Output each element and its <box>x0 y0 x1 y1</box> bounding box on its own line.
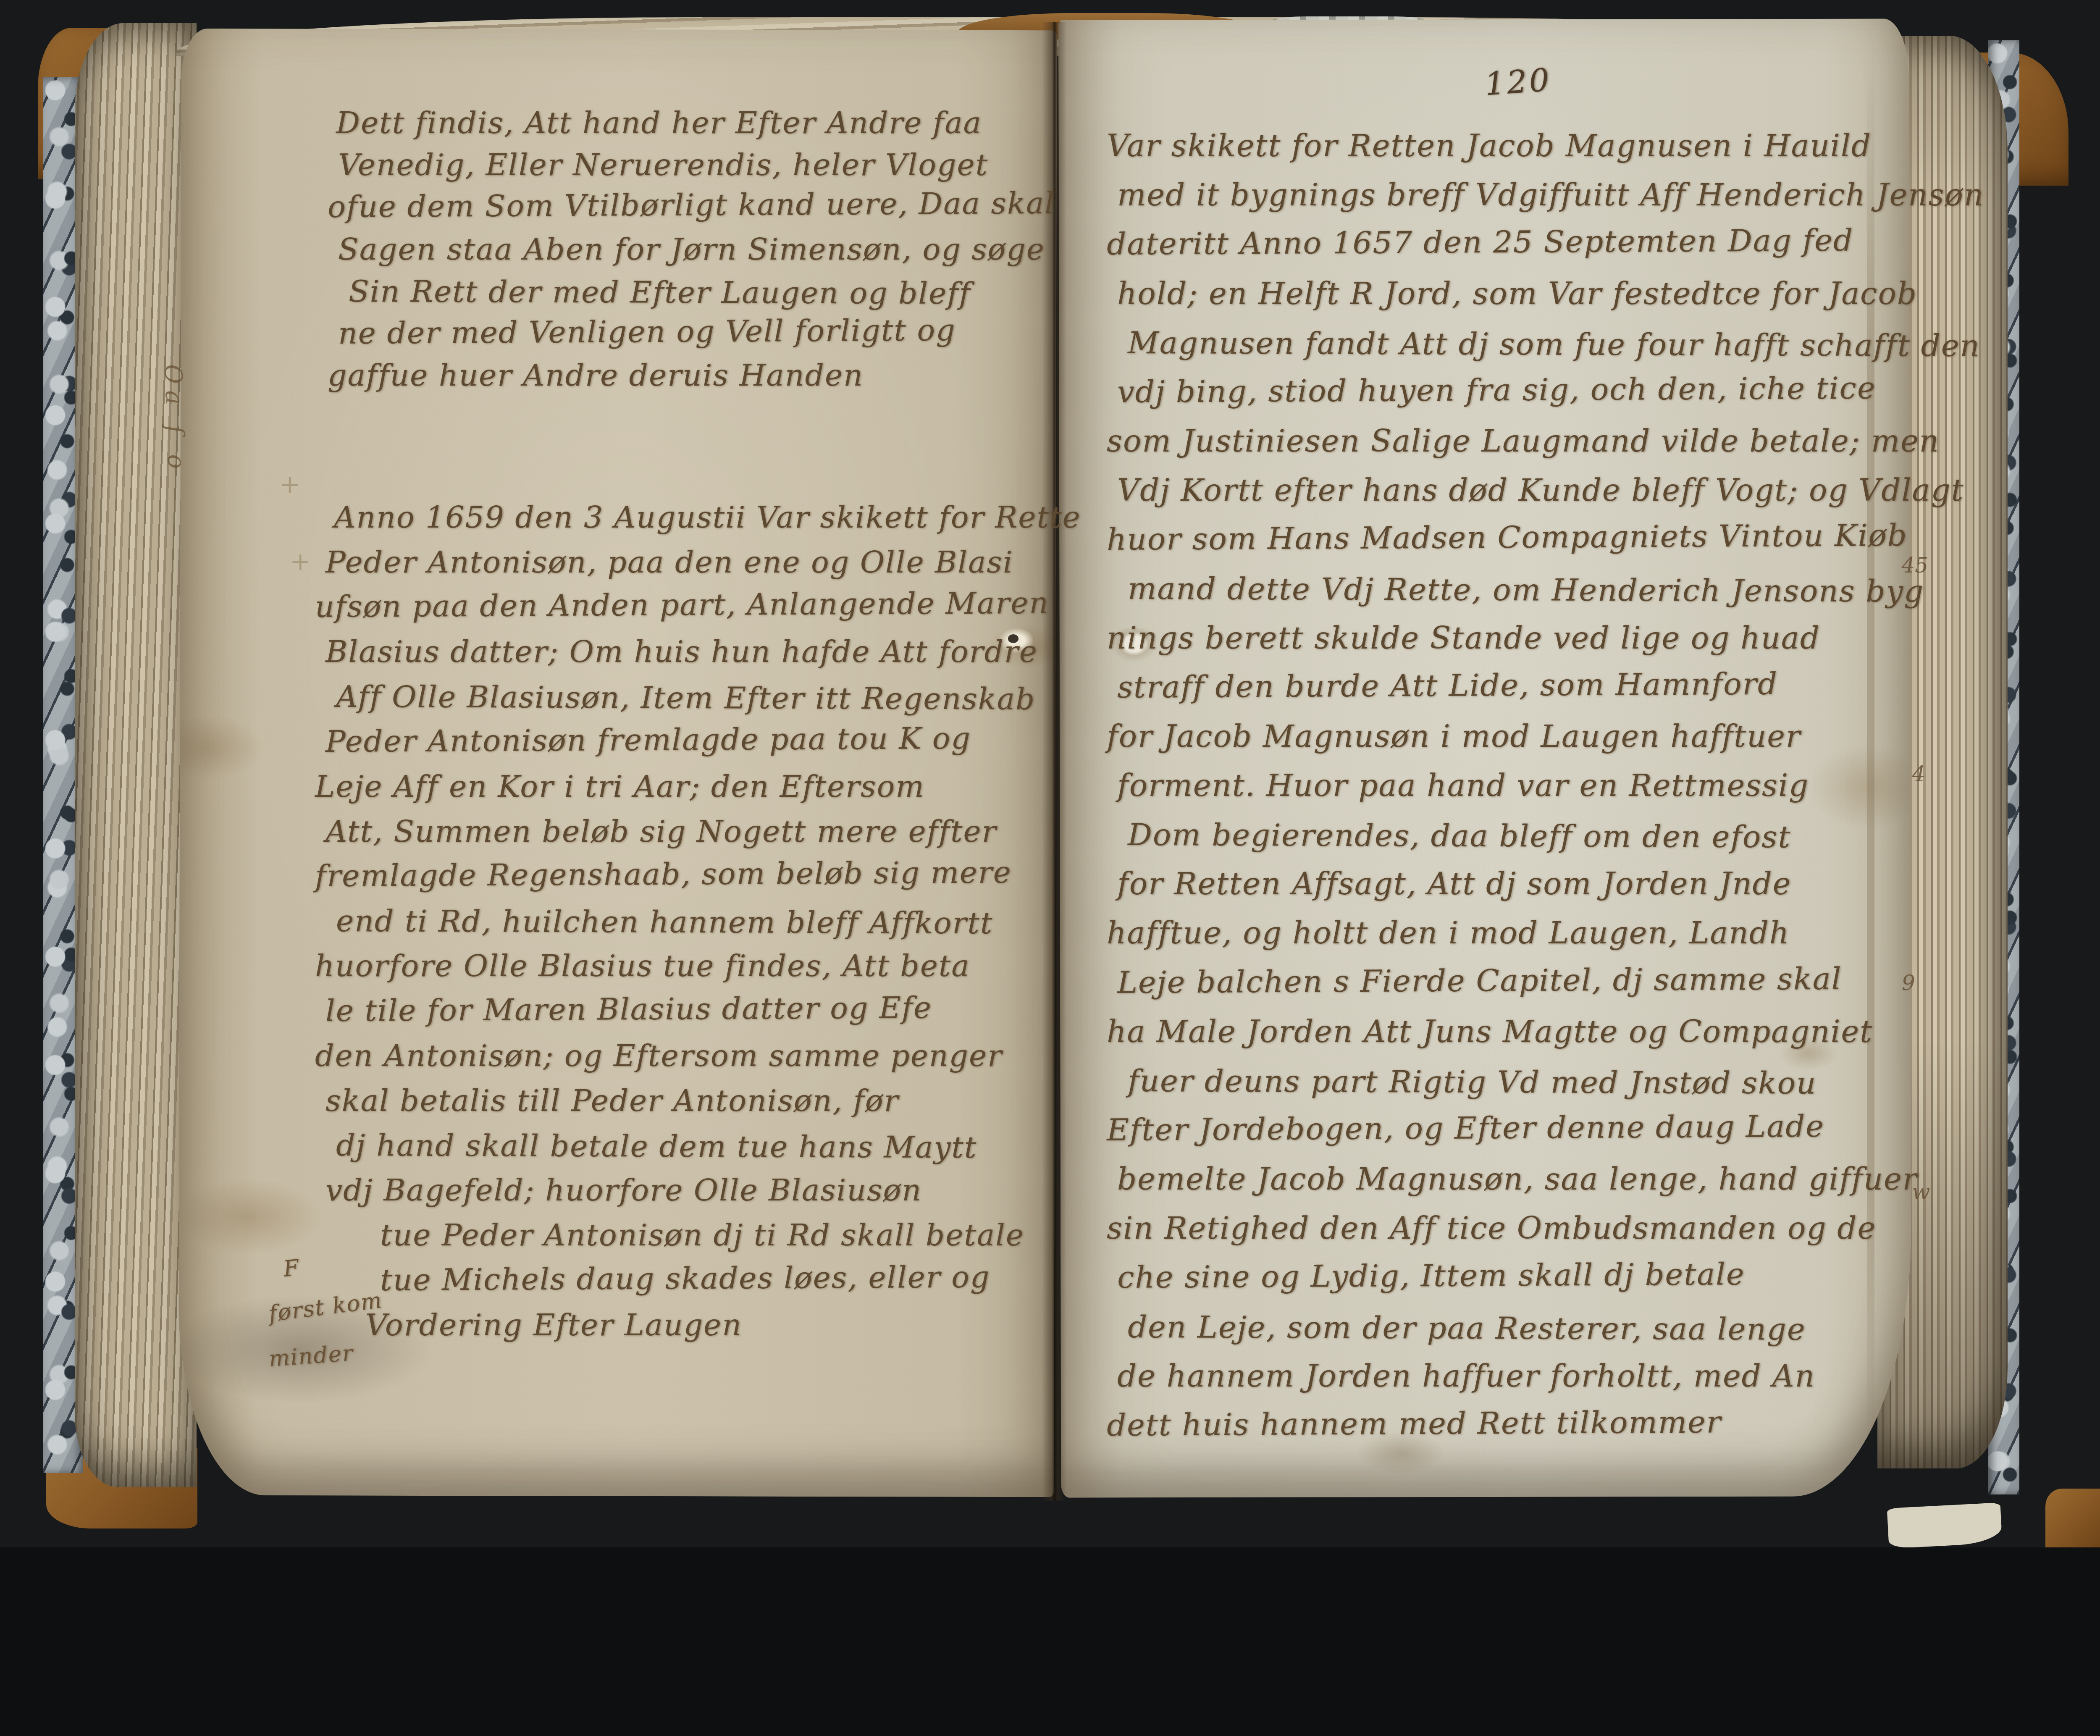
handwriting-line: Efter Jordebogen, og Efter denne daug La… <box>1107 1101 1901 1155</box>
margin-note-line: først kom <box>266 1278 385 1337</box>
handwriting-line: Leje Aff en Kor i tri Aar; den Eftersom <box>315 764 1063 809</box>
handwriting-line: mand dette Vdj Rette, om Henderich Jenso… <box>1128 564 1900 616</box>
handwriting-line: bemelte Jacob Magnusøn, saa lenge, hand … <box>1117 1155 1900 1204</box>
fore-edge-mark: 9 <box>1901 879 1944 1088</box>
handwriting-line: Peder Antonisøn fremlagde paa tou K og <box>325 716 1063 764</box>
handwriting-line: de hannem Jorden haffuer forholtt, med A… <box>1117 1352 1900 1401</box>
handwriting-line: skal betalis till Peder Antonisøn, før <box>325 1079 1063 1124</box>
bleedthrough-mark: + <box>279 446 311 523</box>
handwriting-line: Blasius datter; Om huis hun hafde Att fo… <box>325 630 1063 675</box>
left-page-paragraph-1: Dett findis, Att hand her Efter Andre fa… <box>328 102 1058 397</box>
handwriting-line: med it bygnings breff Vdgiffuitt Aff Hen… <box>1117 171 1900 220</box>
handwriting-line: fremlagde Regenshaab, som beløb sig mere <box>315 850 1063 899</box>
handwriting-line: huorfore Olle Blasius tue findes, Att be… <box>315 944 1063 989</box>
handwriting-line: for Jacob Magnusøn i mod Laugen hafftuer <box>1107 712 1900 761</box>
handwriting-line: Att, Summen beløb sig Nogett mere effter <box>325 809 1063 854</box>
handwriting-line: nings berett skulde Stande ved lige og h… <box>1107 614 1900 663</box>
handwriting-line: dateritt Anno 1657 den 25 Septemten Dag … <box>1107 216 1901 269</box>
handwriting-line: end ti Rd, huilchen hannem bleff Affkort… <box>336 899 1063 946</box>
handwriting-line: Sin Rett der med Efter Laugen og bleff <box>349 271 1058 315</box>
left-page-paragraph-2: Anno 1659 den 3 Augustii Var skikett for… <box>315 495 1063 1348</box>
handwriting-line: ne der med Venligen og Vell forligtt og <box>338 309 1059 355</box>
fore-edge-mark: 4 <box>1912 670 1944 879</box>
gutter-marginalia-vertical: Oa ſ o <box>159 364 191 475</box>
fore-edge-mark: 45 <box>1902 461 1944 670</box>
handwriting-line: som Justiniesen Salige Laugmand vilde be… <box>1107 417 1900 466</box>
handwriting-line: vdj bing, stiod huyen fra sig, och den, … <box>1117 363 1901 417</box>
left-margin-note-bottom: Fførst komminder <box>258 1247 383 1381</box>
handwriting-line: ufsøn paa den Anden part, Anlangende Mar… <box>315 581 1063 630</box>
handwriting-line: ofue dem Som Vtilbørligt kand uere, Daa … <box>328 182 1059 228</box>
handwriting-line: Dom begierendes, daa bleff om den efost <box>1128 810 1900 862</box>
handwriting-line: tue Michels daug skades løes, eller og <box>380 1254 1063 1303</box>
bleedthrough-marks: ++ <box>279 446 311 600</box>
handwriting-line: Var skikett for Retten Jacob Magnusen i … <box>1107 121 1900 171</box>
handwriting-line: huor som Hans Madsen Compagniets Vintou … <box>1107 511 1901 564</box>
right-page-text: Var skikett for Retten Jacob Magnusen i … <box>1107 121 1900 1450</box>
handwriting-line: Magnusen fandt Att dj som fue four hafft… <box>1128 318 1900 370</box>
handwriting-line: Sagen staa Aben for Jørn Simensøn, og sø… <box>338 228 1058 271</box>
handwriting-line: Venedig, Eller Neruerendis, heler Vloget <box>338 144 1058 186</box>
handwriting-line: hold; en Helft R Jord, som Var festedtce… <box>1117 269 1900 318</box>
handwriting-line: den Leje, som der paa Resterer, saa leng… <box>1128 1303 1900 1355</box>
handwriting-line: tue Peder Antonisøn dj ti Rd skall betal… <box>380 1213 1063 1258</box>
handwriting-line: che sine og Lydig, Ittem skall dj betale <box>1117 1249 1901 1303</box>
handwriting-line: for Retten Affsagt, Att dj som Jorden Jn… <box>1117 859 1900 909</box>
handwriting-line: Leje balchen s Fierde Capitel, dj samme … <box>1117 954 1901 1007</box>
handwriting-line: gaffue huer Andre deruis Handen <box>328 355 1058 397</box>
archival-photo-background: 120 Dett findis, Att hand her Efter Andr… <box>0 0 2100 1547</box>
handwriting-line: Dett findis, Att hand her Efter Andre fa… <box>336 102 1058 144</box>
handwriting-line: Vordering Efter Laugen <box>365 1303 1063 1348</box>
handwriting-line: den Antonisøn; og Eftersom samme penger <box>315 1034 1063 1079</box>
fore-edge-marginal-marks: 4549w <box>1902 461 1944 1297</box>
handwriting-line: fuer deuns part Rigtig Vd med Jnstød sko… <box>1128 1056 1900 1108</box>
handwriting-line: vdj Bagefeld; huorfore Olle Blasiusøn <box>325 1168 1063 1213</box>
handwriting-line: sin Retighed den Aff tice Ombudsmanden o… <box>1107 1204 1900 1253</box>
handwriting-line: Peder Antonisøn, paa den ene og Olle Bla… <box>325 540 1063 585</box>
handwriting-line: forment. Huor paa hand var en Rettmessig <box>1117 761 1900 810</box>
handwriting-line: Vdj Kortt efter hans død Kunde bleff Vog… <box>1117 466 1900 515</box>
handwriting-line: le tile for Maren Blasius datter og Efe <box>325 985 1063 1034</box>
margin-note-line: minder <box>267 1329 384 1382</box>
page-edge-stack-left <box>75 23 197 1487</box>
handwriting-line: ha Male Jorden Att Juns Magtte og Compag… <box>1107 1007 1900 1056</box>
handwriting-line: Aff Olle Blasiusøn, Item Efter itt Regen… <box>336 675 1063 722</box>
flyleaf-corner-bottom-right <box>1887 1502 2003 1547</box>
handwriting-line: hafftue, og holtt den i mod Laugen, Land… <box>1107 909 1900 958</box>
handwriting-line: dett huis hannem med Rett tilkommer <box>1107 1397 1901 1450</box>
fore-edge-mark: w <box>1912 1088 1944 1297</box>
handwriting-line: Anno 1659 den 3 Augustii Var skikett for… <box>334 495 1063 540</box>
bleedthrough-mark: + <box>290 523 311 600</box>
handwriting-line: straff den burde Att Lide, som Hamnford <box>1117 659 1901 712</box>
page-number: 120 <box>1483 61 1552 103</box>
handwriting-line: dj hand skall betale dem tue hans Maytt <box>336 1123 1063 1171</box>
leather-corner-bottom-right <box>2045 1489 2100 1547</box>
